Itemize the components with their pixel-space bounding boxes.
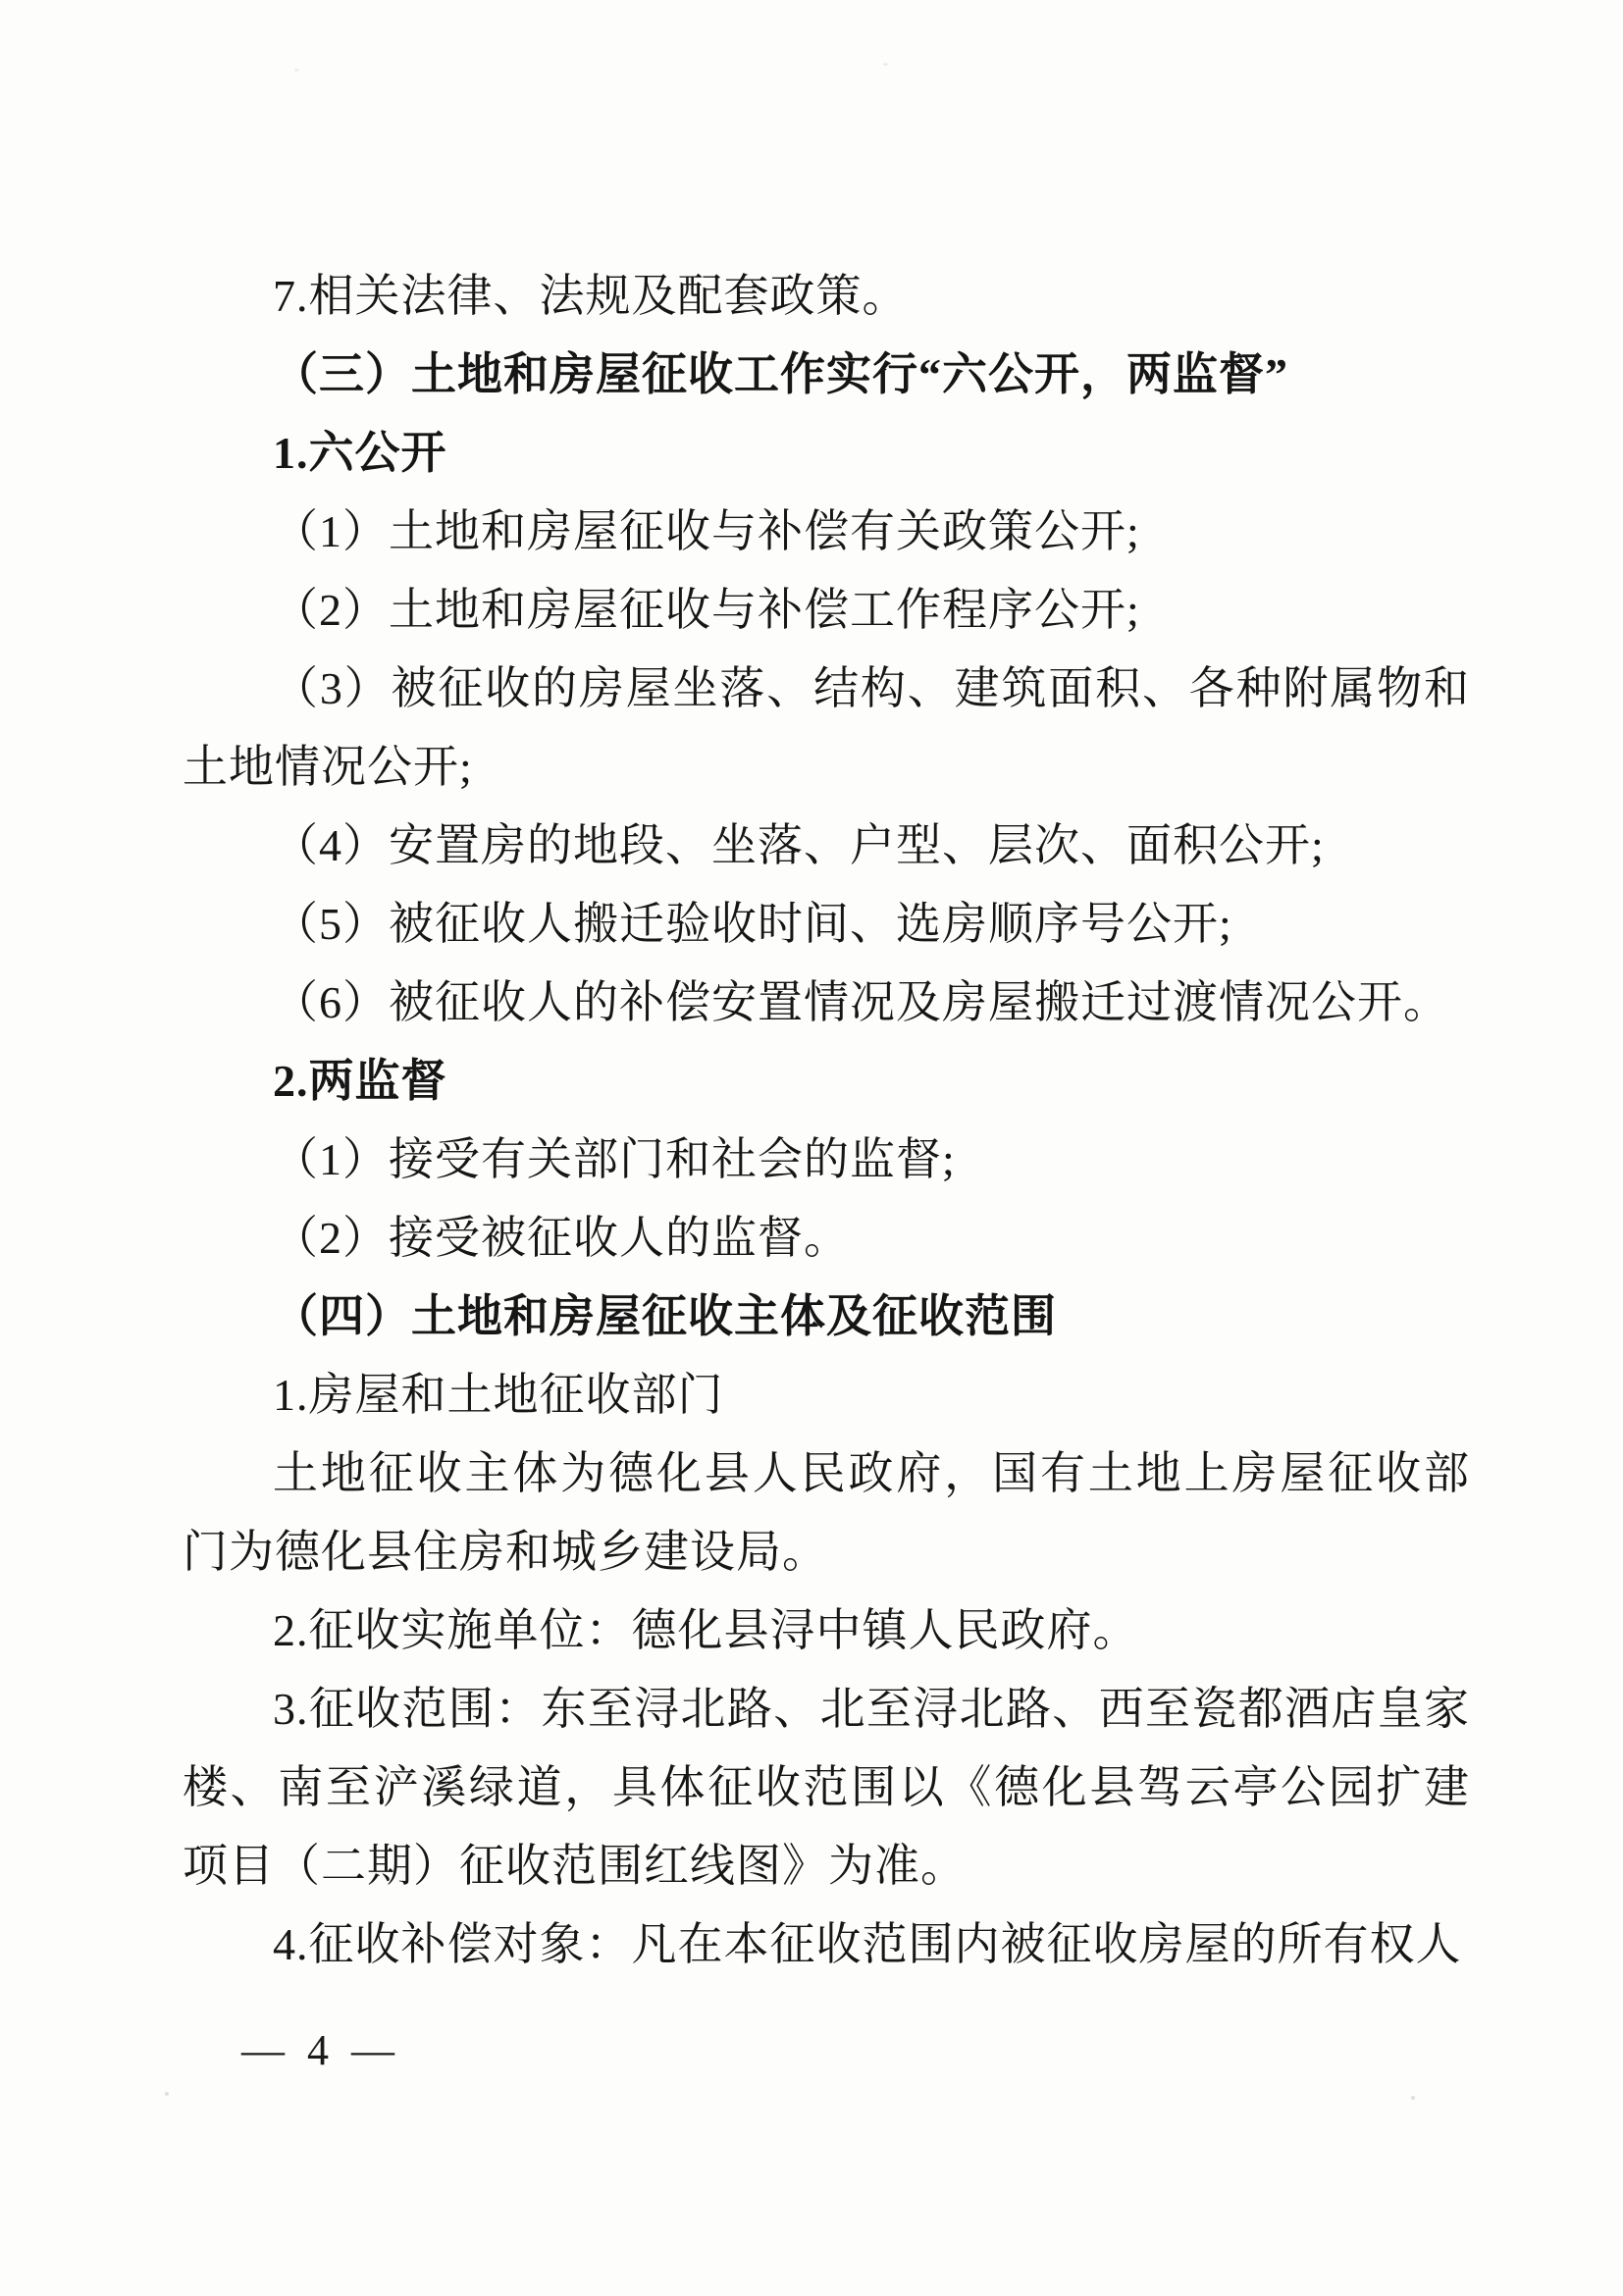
document-paragraph: 1.六公开 <box>183 414 1470 493</box>
document-paragraph: 7.相关法律、法规及配套政策。 <box>183 257 1470 336</box>
document-page: 7.相关法律、法规及配套政策。（三）土地和房屋征收工作实行“六公开，两监督”1.… <box>0 0 1623 2296</box>
document-paragraph: （2）土地和房屋征收与补偿工作程序公开; <box>183 571 1470 650</box>
scan-speck <box>294 69 299 72</box>
document-body: 7.相关法律、法规及配套政策。（三）土地和房屋征收工作实行“六公开，两监督”1.… <box>183 257 1470 1984</box>
document-paragraph: （6）被征收人的补偿安置情况及房屋搬迁过渡情况公开。 <box>183 964 1470 1042</box>
document-paragraph: 土地征收主体为德化县人民政府，国有土地上房屋征收部门为德化县住房和城乡建设局。 <box>183 1435 1470 1592</box>
document-paragraph: 4.征收补偿对象：凡在本征收范围内被征收房屋的所有权人 <box>183 1905 1470 1984</box>
document-paragraph: （四）土地和房屋征收主体及征收范围 <box>183 1278 1470 1356</box>
scan-speck <box>1411 2096 1415 2100</box>
scan-speck <box>165 2092 169 2096</box>
document-paragraph: （1）接受有关部门和社会的监督; <box>183 1121 1470 1199</box>
document-paragraph: （4）安置房的地段、坐落、户型、层次、面积公开; <box>183 807 1470 885</box>
document-paragraph: （三）土地和房屋征收工作实行“六公开，两监督” <box>183 336 1470 414</box>
document-paragraph: 1.房屋和土地征收部门 <box>183 1356 1470 1435</box>
document-paragraph: （3）被征收的房屋坐落、结构、建筑面积、各种附属物和土地情况公开; <box>183 650 1470 807</box>
document-paragraph: （5）被征收人搬迁验收时间、选房顺序号公开; <box>183 885 1470 964</box>
page-number: — 4 — <box>241 2027 400 2074</box>
document-paragraph: 2.两监督 <box>183 1042 1470 1121</box>
document-paragraph: 3.征收范围：东至浔北路、北至浔北路、西至瓷都酒店皇家楼、南至浐溪绿道，具体征收… <box>183 1670 1470 1905</box>
document-paragraph: （2）接受被征收人的监督。 <box>183 1199 1470 1278</box>
scan-speck <box>883 63 888 66</box>
document-paragraph: 2.征收实施单位：德化县浔中镇人民政府。 <box>183 1592 1470 1670</box>
document-paragraph: （1）土地和房屋征收与补偿有关政策公开; <box>183 493 1470 571</box>
